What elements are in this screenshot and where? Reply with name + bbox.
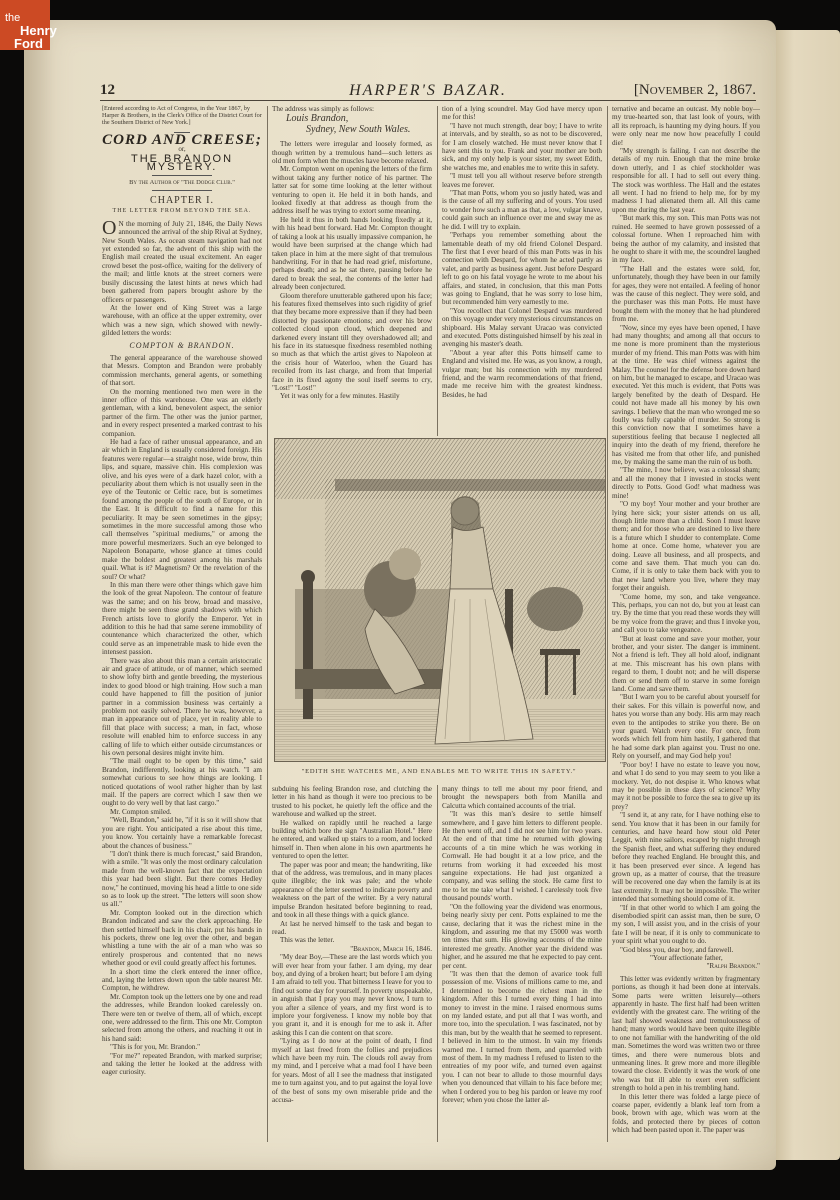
- paragraph: "Perhaps you remember something about th…: [442, 231, 602, 307]
- column-rule: [607, 106, 608, 1142]
- paragraph: "That man Potts, whom you so justly hate…: [442, 189, 602, 231]
- letter-closing: "Your affectionate father,: [612, 954, 760, 962]
- paragraph: Mr. Compton went on opening the letters …: [272, 165, 432, 215]
- article-subtitle: THE BRANDON MYSTERY.: [102, 155, 262, 172]
- column-2-lower: subduing his feeling Brandon rose, and c…: [272, 785, 432, 1104]
- paragraph: In a short time the clerk entered the in…: [102, 968, 262, 993]
- letter-signature: "Ralph Brandon.": [612, 962, 760, 970]
- paragraph: "If in that other world to which I am go…: [612, 904, 760, 946]
- divider: [152, 175, 212, 176]
- paragraph: "About a year after this Potts himself c…: [442, 349, 602, 399]
- paragraph: "God bless you, dear boy, and farewell.: [612, 946, 760, 954]
- paragraph: There was also about this man a certain …: [102, 657, 262, 758]
- paragraph: ternative and became an outcast. My nobl…: [612, 105, 760, 147]
- paragraph: In this man there were other things whic…: [102, 581, 262, 657]
- paragraph: "But at least come and save your mother,…: [612, 635, 760, 694]
- paragraph: "O my boy! Your mother and your brother …: [612, 500, 760, 592]
- paragraph: "Poor boy! I have no estate to leave you…: [612, 761, 760, 811]
- address-line-2: Sydney, New South Wales.: [306, 126, 432, 134]
- paragraph: "I must tell you all without reserve bef…: [442, 172, 602, 189]
- chapter-title: THE LETTER FROM BEYOND THE SEA.: [102, 207, 262, 215]
- engraving-bedside-scene-icon: [275, 439, 605, 761]
- drop-cap: O: [102, 220, 116, 236]
- paragraph: "I don't think there is much forecast," …: [102, 850, 262, 909]
- paragraph: "On the following year the dividend was …: [442, 903, 602, 970]
- engraving-illustration: [274, 438, 606, 762]
- page-header: 12 HARPER'S BAZAR. [November 2, 1867.: [100, 82, 756, 101]
- paragraph: "Come home, my son, and take vengeance. …: [612, 593, 760, 635]
- paragraph: "Lying as I do now at the point of death…: [272, 1037, 432, 1104]
- paragraph: Mr. Compton took up the letters one by o…: [102, 993, 262, 1043]
- paragraph: "It was then that the demon of avarice t…: [442, 970, 602, 1105]
- paragraph: Gloom therefore unutterable gathered upo…: [272, 292, 432, 393]
- paragraph: "I have not much strength, dear boy; I h…: [442, 122, 602, 172]
- paragraph: many things to tell me about my poor fri…: [442, 785, 602, 810]
- chapter-heading: CHAPTER I.: [102, 197, 262, 205]
- byline: By the Author of "The Dodge Club.": [102, 179, 262, 187]
- issue-date: [November 2, 1867.: [634, 82, 756, 99]
- paragraph: "Now, since my eyes have been opened, I …: [612, 324, 760, 467]
- paragraph: Yet it was only for a few minutes. Hasti…: [272, 392, 432, 400]
- column-3: tion of a lying scoundrel. May God have …: [442, 105, 602, 399]
- sign-text: COMPTON & BRANDON.: [102, 342, 262, 350]
- paragraph: He held it thus in both hands looking fi…: [272, 216, 432, 292]
- column-4: ternative and became an outcast. My nobl…: [612, 105, 760, 1135]
- paragraph: "The mine, I now believe, was a colossal…: [612, 466, 760, 500]
- page-edge: [774, 30, 840, 1160]
- letter-heading: "Brandon, March 16, 1846.: [272, 945, 432, 953]
- column-3-lower: many things to tell me about my poor fri…: [442, 785, 602, 1104]
- paragraph: He had a face of rather unusual appearan…: [102, 438, 262, 581]
- address-line-1: Louis Brandon,: [286, 115, 432, 123]
- column-rule: [437, 785, 438, 1142]
- divider: [152, 190, 212, 191]
- column-rule: [437, 106, 438, 436]
- paragraph: N the morning of July 21, 1846, the Dail…: [102, 220, 262, 304]
- paragraph: "For me?" repeated Brandon, with marked …: [102, 1052, 262, 1077]
- paragraph: At last he nerved himself to the task an…: [272, 920, 432, 937]
- henry-ford-logo: the Henry Ford: [0, 0, 50, 50]
- paragraph: "You recollect that Colonel Despard was …: [442, 307, 602, 349]
- paragraph: "The Hall and the estates were sold, for…: [612, 265, 760, 324]
- paragraph: "It was this man's desire to settle hims…: [442, 810, 602, 902]
- paragraph: On the morning mentioned two men were in…: [102, 388, 262, 438]
- paragraph: "My strength is failing. I can not descr…: [612, 147, 760, 214]
- paragraph: He walked on rapidly until he reached a …: [272, 819, 432, 861]
- paragraph: tion of a lying scoundrel. May God have …: [442, 105, 602, 122]
- paragraph: "I send it, at any rate, for I have noth…: [612, 811, 760, 903]
- column-1: [Entered according to Act of Congress, i…: [102, 105, 262, 1077]
- paragraph: The general appearance of the warehouse …: [102, 354, 262, 388]
- paragraph: "But I warn you to be careful about your…: [612, 693, 760, 760]
- column-2: The address was simply as follows: Louis…: [272, 105, 432, 401]
- copyright-notice: [Entered according to Act of Congress, i…: [102, 105, 262, 126]
- paragraph: This letter was evidently written by fra…: [612, 975, 760, 1093]
- paragraph: "Well, Brandon," said he, "if it is so i…: [102, 816, 262, 850]
- paragraph: Mr. Compton smiled.: [102, 808, 262, 816]
- paragraph: The address was simply as follows:: [272, 105, 432, 113]
- paragraph: The letters were irregular and loosely f…: [272, 140, 432, 165]
- paragraph: At the lower end of King Street was a la…: [102, 304, 262, 338]
- illustration-caption: "EDITH SHE WATCHES ME, AND ENABLES ME TO…: [274, 768, 604, 775]
- paragraph: "This is for you, Mr. Brandon.": [102, 1043, 262, 1051]
- paragraph: "My dear Boy,—These are the last words w…: [272, 953, 432, 1037]
- paragraph: subduing his feeling Brandon rose, and c…: [272, 785, 432, 819]
- paragraph: "The mail ought to be open by this time,…: [102, 757, 262, 807]
- logo-ford: Ford: [14, 37, 43, 50]
- paragraph: This was the letter.: [272, 936, 432, 944]
- logo-the: the: [5, 13, 20, 24]
- paragraph: In this letter there was folded a large …: [612, 1093, 760, 1135]
- column-rule: [267, 106, 268, 1142]
- article-title: CORD AND CREESE;: [102, 136, 262, 144]
- paragraph: The paper was poor and mean; the handwri…: [272, 861, 432, 920]
- paragraph: Mr. Compton looked out in the direction …: [102, 909, 262, 968]
- paragraph: "But mark this, my son. This man Potts w…: [612, 214, 760, 264]
